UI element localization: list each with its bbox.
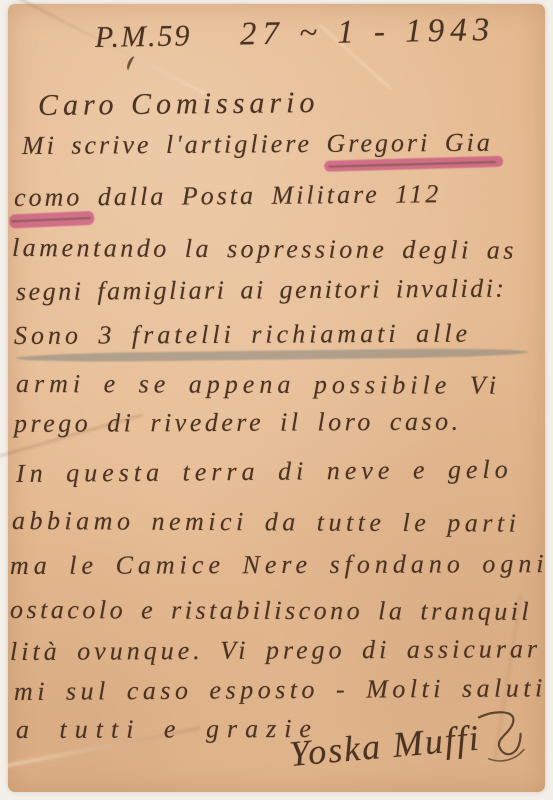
body-line-5: Sono 3 fratelli richiamati alle [14,318,471,352]
body-line-10: ma le Camice Nere sfondano ogni [10,548,549,581]
line-text: Mi scrive l'artigliere [22,129,327,160]
line-text: Sono 3 fratelli richiamati alle [14,319,471,350]
body-line-4: segni famigliari ai genitori invalidi: [16,273,507,308]
body-line-7: prego di rivedere il loro caso. [14,406,462,440]
pink-underline-mark [324,156,504,172]
field-post-number: P.M.59 [95,19,192,54]
body-line-13: mi sul caso esposto - Molti saluti [14,672,547,707]
pencil-underline-mark [16,348,528,363]
body-line-11: ostacolo e ristabiliscono la tranquil [10,594,532,627]
body-line-3: lamentando la sopressione degli as [12,232,517,266]
body-line-1: Mi scrive l'artigliere Gregori Gia [22,127,493,161]
postcard-scan: P.M.59 27 ~ 1 - 1943 Caro Comissario Mi … [8,4,545,792]
body-line-6: armi e se appena possibile Vi [16,368,501,401]
pink-underline-mark [9,211,95,229]
salutation: Caro Comissario [38,85,320,124]
stray-pen-mark [125,55,137,72]
body-line-2: como dalla Posta Militare 112 [14,178,442,213]
signature-text: Yoska Muffi [288,717,482,774]
highlighted-surname: Gregori Gia [326,127,493,159]
signature: Yoska Muffi [287,706,528,794]
highlighted-surname-continued: como [14,181,83,213]
date: 27 ~ 1 - 1943 [240,12,496,52]
line-text: como [14,182,83,212]
body-line-9: abbiamo nemici da tutte le parti [12,505,521,539]
line-text: dalla Posta Militare 112 [82,179,441,211]
line-text: Gregori Gia [326,128,493,158]
body-line-14: a tutti e grazie [16,713,319,745]
body-line-8: In questa terra di neve e gelo [16,454,513,490]
header-line: P.M.59 27 ~ 1 - 1943 [95,11,496,58]
signature-flourish [476,731,527,775]
body-line-12: lità ovunque. Vi prego di assicurar [10,633,541,667]
